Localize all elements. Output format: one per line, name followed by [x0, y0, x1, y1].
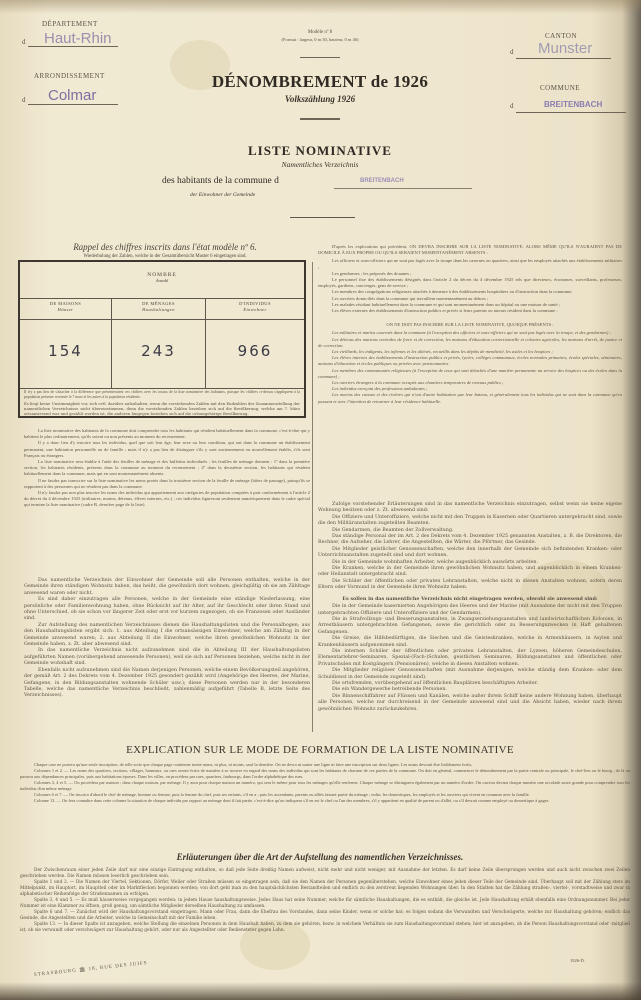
rule	[300, 57, 340, 58]
table-header: NOMBRE Anzahl	[20, 262, 304, 299]
arrondissement-value: Colmar	[48, 87, 96, 104]
column-divider	[312, 262, 313, 732]
erlaeuterungen-section: Der Zwischenraum einer jeden Zeile darf …	[20, 868, 630, 934]
explication-section: Chaque case ne portera qu'une seule insc…	[20, 762, 630, 804]
rappel-table: NOMBRE Anzahl DE MAISONS Häuser 154 DE M…	[18, 260, 306, 418]
right-de-section: Zufolge vorstehender Erläuterungen sind …	[318, 502, 622, 713]
paragraph: Spalte 13. — In dieser Spalte ist anzuge…	[20, 922, 630, 934]
column-maisons: DE MAISONS Häuser 154	[20, 298, 112, 388]
printer-imprint: STRASBOURG 🏛 18, RUE DES JUIFS	[34, 960, 148, 978]
canton-label: Canton	[545, 32, 577, 40]
erlaeuterungen-title: Erläuterungen über die Art der Aufstellu…	[20, 852, 620, 862]
list-item: Die Schüler der öffentlichen oder privat…	[318, 579, 622, 592]
rappel-notes: Il n'y a pas lieu de s'attacher à la dif…	[24, 390, 300, 416]
departement-d: d	[22, 38, 26, 46]
column-header: D'INDIVIDUS Einwohner	[206, 298, 304, 320]
rule	[20, 388, 304, 389]
paragraph: Das namentliche Verzeichnis der Einwohne…	[24, 578, 310, 597]
paragraph: Spalte 6 und 7. — Zunächst wird der Haus…	[20, 910, 630, 922]
arrondissement-d: d	[22, 96, 26, 104]
list-item: Les membres des communautés religieuses …	[318, 368, 622, 380]
list-item: Die internen Schüler der öffentlichen od…	[318, 649, 622, 668]
modele-label: Modèle nº 8	[220, 30, 420, 35]
paragraph: Il y a donc lieu d'y inscrire tous les i…	[24, 440, 310, 459]
list-item: Die Kranken, welche in der Gemeinde ihre…	[318, 566, 622, 579]
departement-label: Département	[42, 20, 98, 28]
arrondissement-label: Arrondissement	[34, 72, 105, 80]
arrondissement-line	[28, 104, 118, 105]
canton-d: d	[510, 48, 514, 56]
paragraph: In das namentliche Verzeichnis nicht auf…	[24, 648, 310, 667]
note-fr: Il n'y a pas lieu de s'attacher à la dif…	[24, 390, 300, 400]
list-item: Les marins des canaux et des rivières qu…	[318, 392, 622, 404]
exclude-title-de: Es sollen in das namentliche Verzeichnis…	[318, 596, 622, 602]
column-individus: D'INDIVIDUS Einwohner 966	[206, 298, 304, 388]
column-menages: DE MÉNAGES Haushaltungen 243	[112, 298, 206, 388]
rule	[290, 217, 355, 218]
paragraph: La liste nominative sera établie à l'aid…	[24, 459, 310, 478]
list-item: Les officiers et sous-officiers qui ne s…	[318, 258, 622, 270]
departement-line	[28, 46, 118, 47]
paragraph: Spalte 3, 4 und 5. — Es muß häuserweise …	[20, 898, 630, 910]
list-item: Die Binnenschiffahrer auf Flüssen und Ka…	[318, 694, 622, 713]
commune-label: Commune	[540, 84, 580, 92]
individus-count: 966	[206, 342, 304, 360]
left-de-section: Das namentliche Verzeichnis der Einwohne…	[24, 578, 310, 700]
left-fr-section: La liste nominative des habitants de la …	[24, 428, 310, 509]
column-label-de: Häuser	[20, 307, 111, 313]
maisons-count: 154	[20, 342, 111, 360]
habitants-de: der Einwohner der Gemeinde	[190, 192, 255, 198]
list-item: Les élèves externes des établissements d…	[318, 308, 622, 314]
list-item: Le personnel fixe des établissements dés…	[318, 277, 622, 289]
column-label-de: Einwohner	[206, 307, 304, 313]
canton-value: Munster	[538, 40, 592, 57]
list-item: Die Greise, die Hilfsbedürftigen, die Si…	[318, 636, 622, 649]
commune-value: BREITENBACH	[544, 100, 602, 109]
format-label: (Format : largeur, 0 m 30, hauteur, 0 m …	[220, 37, 420, 42]
list-item: Les détenus des maisons centrales de for…	[318, 337, 622, 349]
form-code: 1926-D.	[570, 958, 585, 963]
note-de: Es liegt keine Unstimmigkeit vor, sich e…	[24, 401, 300, 416]
exclude-title: ON NE DOIT PAS INSCRIRE SUR LA LISTE NOM…	[318, 322, 622, 328]
list-item: Les élèves internes des établissements d…	[318, 355, 622, 367]
column-header: DE MAISONS Häuser	[20, 298, 111, 320]
paragraph: Il n'y faudra pas non plus inscrire les …	[24, 490, 310, 509]
inscribe-intro: D'après les explications qui précèdent, …	[318, 244, 622, 256]
departement-value: Haut-Rhin	[44, 30, 112, 47]
census-form-page: Département d Haut-Rhin Arrondissement d…	[0, 0, 641, 1000]
list-item: Die Mitglieder religiöser Genossenschaft…	[318, 668, 622, 681]
commune-line	[516, 112, 626, 113]
nombre-de: Anzahl	[20, 278, 304, 283]
page-title-de: Volkszählung 1926	[220, 94, 420, 104]
paragraph: Il ne faudra pas transcrire sur la liste…	[24, 478, 310, 490]
paragraph: Der Zwischenraum einer jeden Zeile darf …	[20, 868, 630, 880]
column-header: DE MÉNAGES Haushaltungen	[112, 298, 205, 320]
list-item: Die in Strafvollzugs- und Besserungsanst…	[318, 617, 622, 636]
inscribe-intro-de: Zufolge vorstehender Erläuterungen sind …	[318, 502, 622, 515]
liste-title: LISTE NOMINATIVE	[170, 143, 470, 159]
list-item: Die Mitglieder geistlicher Genossenschaf…	[318, 547, 622, 560]
list-item: Die in der Gemeinde kasernierten Angehör…	[318, 604, 622, 617]
right-fr-section: D'après les explications qui précèdent, …	[318, 244, 622, 405]
paper-edge-bottom	[0, 982, 641, 1000]
paper-edge-top	[0, 0, 641, 14]
habitants-line	[334, 188, 472, 189]
paragraph: Zur Aufstellung des namentlichen Verzeic…	[24, 623, 310, 649]
paragraph: Colonne 13. — On fera connaître dans cet…	[20, 798, 630, 804]
habitants-label: des habitants de la commune d	[162, 176, 279, 186]
paragraph: Ebenfalls nicht aufzunehmen sind die Nam…	[24, 668, 310, 700]
paragraph: La liste nominative des habitants de la …	[24, 428, 310, 440]
rappel-title: Rappel des chiffres inscrits dans l'état…	[20, 242, 310, 252]
rappel-title-de: Wiederholung der Zahlen, welche in der G…	[20, 254, 310, 259]
paragraph: Colonnes 1 et 2. — Les noms des quartier…	[20, 768, 630, 780]
list-item: Les militaires et marins casernés dans l…	[318, 330, 622, 336]
menages-count: 243	[112, 342, 205, 360]
list-item: Die Offiziere und Unteroffiziere, welche…	[318, 515, 622, 528]
liste-title-de: Namentliches Verzeichnis	[170, 160, 470, 169]
explication-title: EXPLICATION SUR LE MODE DE FORMATION DE …	[20, 744, 620, 756]
list-item: Das ständige Personal der im Art. 2 des …	[318, 534, 622, 547]
paragraph: Es sind daher einzutragen alle Personen,…	[24, 597, 310, 623]
column-label-de: Haushaltungen	[112, 307, 205, 313]
rule	[300, 118, 340, 120]
paragraph: Spalte 1 und 2. — Die Namen der Viertel,…	[20, 880, 630, 898]
canton-line	[516, 58, 611, 59]
commune-d: d	[510, 102, 514, 110]
page-title: DÉNOMBREMENT de 1926	[160, 72, 480, 92]
paragraph: Colonnes 3, 4 et 5. — On procédera par m…	[20, 780, 630, 792]
habitants-value: BREITENBACH	[360, 178, 404, 184]
